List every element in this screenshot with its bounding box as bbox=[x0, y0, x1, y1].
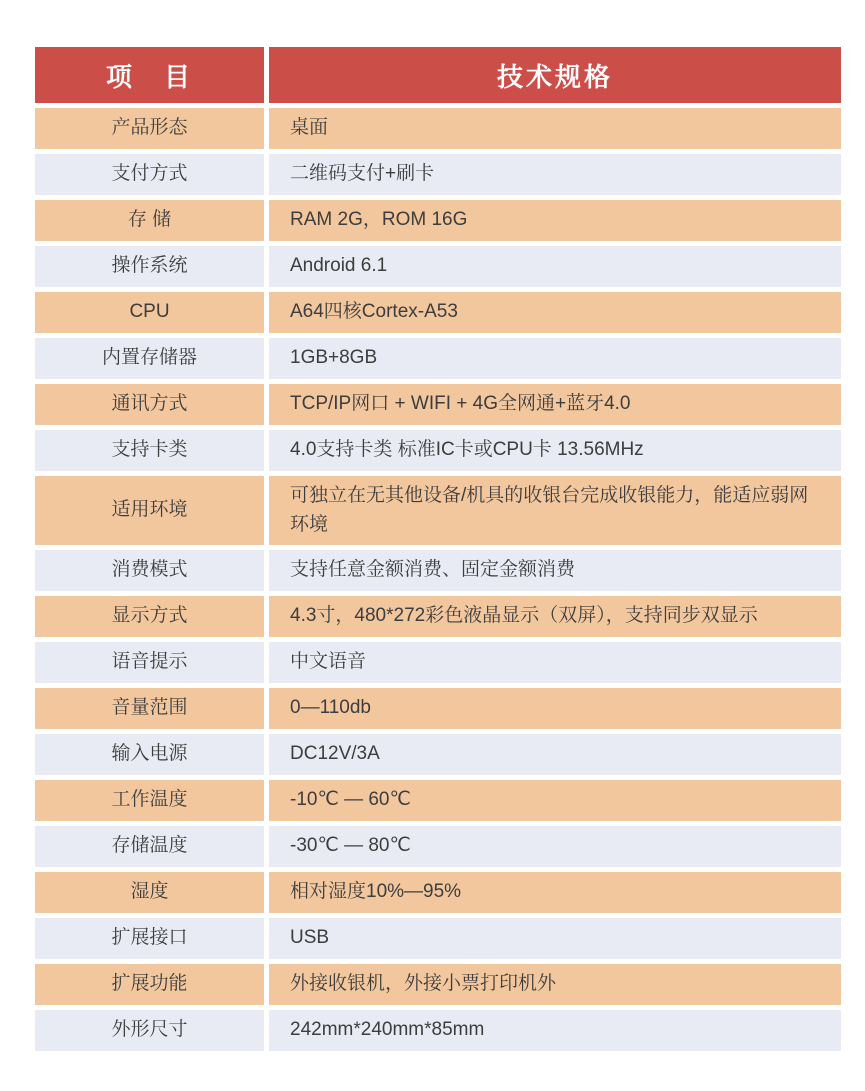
spec-row-value: 桌面 bbox=[269, 108, 841, 149]
spec-row-label: 工作温度 bbox=[35, 780, 264, 821]
spec-row-value: 4.3寸，480*272彩色液晶显示（双屏），支持同步双显示 bbox=[269, 596, 841, 637]
spec-row-value: 可独立在无其他设备/机具的收银台完成收银能力，能适应弱网环境 bbox=[269, 476, 841, 545]
spec-row-label: 存储温度 bbox=[35, 826, 264, 867]
spec-row: 扩展功能外接收银机，外接小票打印机外 bbox=[35, 964, 841, 1005]
table-body: 产品形态桌面支付方式二维码支付+刷卡存 储RAM 2G，ROM 16G操作系统A… bbox=[35, 108, 841, 1051]
spec-row-label: 支持卡类 bbox=[35, 430, 264, 471]
spec-row-label: 音量范围 bbox=[35, 688, 264, 729]
spec-row-label: 扩展接口 bbox=[35, 918, 264, 959]
spec-row: 扩展接口USB bbox=[35, 918, 841, 959]
spec-row-value: 4.0支持卡类 标准IC卡或CPU卡 13.56MHz bbox=[269, 430, 841, 471]
spec-row-label: 通讯方式 bbox=[35, 384, 264, 425]
spec-table: 项 目 技术规格 产品形态桌面支付方式二维码支付+刷卡存 储RAM 2G，ROM… bbox=[35, 47, 841, 1051]
spec-row-value: USB bbox=[269, 918, 841, 959]
spec-row-label: 消费模式 bbox=[35, 550, 264, 591]
spec-row-label: 扩展功能 bbox=[35, 964, 264, 1005]
spec-row: 音量范围0—110db bbox=[35, 688, 841, 729]
spec-row-value: 0—110db bbox=[269, 688, 841, 729]
spec-row-label: 外形尺寸 bbox=[35, 1010, 264, 1051]
spec-row-label: 适用环境 bbox=[35, 476, 264, 545]
spec-row: 通讯方式TCP/IP网口 + WIFI + 4G全网通+蓝牙4.0 bbox=[35, 384, 841, 425]
header-spec-column: 技术规格 bbox=[269, 47, 841, 103]
spec-row-label: 存 储 bbox=[35, 200, 264, 241]
spec-row: 存 储RAM 2G，ROM 16G bbox=[35, 200, 841, 241]
spec-row-value: Android 6.1 bbox=[269, 246, 841, 287]
spec-row-label: 内置存储器 bbox=[35, 338, 264, 379]
spec-row-label: 语音提示 bbox=[35, 642, 264, 683]
spec-row: 显示方式4.3寸，480*272彩色液晶显示（双屏），支持同步双显示 bbox=[35, 596, 841, 637]
spec-row: 内置存储器1GB+8GB bbox=[35, 338, 841, 379]
spec-row-value: 支持任意金额消费、固定金额消费 bbox=[269, 550, 841, 591]
spec-row-label: CPU bbox=[35, 292, 264, 333]
spec-row-value: 中文语音 bbox=[269, 642, 841, 683]
spec-row-label: 支付方式 bbox=[35, 154, 264, 195]
spec-row-value: -10℃ — 60℃ bbox=[269, 780, 841, 821]
spec-row-value: 242mm*240mm*85mm bbox=[269, 1010, 841, 1051]
spec-row-label: 输入电源 bbox=[35, 734, 264, 775]
spec-row: 外形尺寸242mm*240mm*85mm bbox=[35, 1010, 841, 1051]
spec-row: 支持卡类4.0支持卡类 标准IC卡或CPU卡 13.56MHz bbox=[35, 430, 841, 471]
spec-row-value: RAM 2G，ROM 16G bbox=[269, 200, 841, 241]
spec-row: 产品形态桌面 bbox=[35, 108, 841, 149]
spec-row: 消费模式支持任意金额消费、固定金额消费 bbox=[35, 550, 841, 591]
spec-row-label: 湿度 bbox=[35, 872, 264, 913]
spec-row-value: 外接收银机，外接小票打印机外 bbox=[269, 964, 841, 1005]
header-item-column: 项 目 bbox=[35, 47, 264, 103]
table-header-row: 项 目 技术规格 bbox=[35, 47, 841, 103]
spec-row: 适用环境可独立在无其他设备/机具的收银台完成收银能力，能适应弱网环境 bbox=[35, 476, 841, 545]
spec-row-label: 产品形态 bbox=[35, 108, 264, 149]
spec-row-value: -30℃ — 80℃ bbox=[269, 826, 841, 867]
spec-row: 工作温度-10℃ — 60℃ bbox=[35, 780, 841, 821]
spec-row: 支付方式二维码支付+刷卡 bbox=[35, 154, 841, 195]
spec-row-value: TCP/IP网口 + WIFI + 4G全网通+蓝牙4.0 bbox=[269, 384, 841, 425]
spec-row-value: 二维码支付+刷卡 bbox=[269, 154, 841, 195]
spec-row-label: 操作系统 bbox=[35, 246, 264, 287]
spec-row: 存储温度-30℃ — 80℃ bbox=[35, 826, 841, 867]
spec-row-value: 1GB+8GB bbox=[269, 338, 841, 379]
spec-row: 输入电源DC12V/3A bbox=[35, 734, 841, 775]
spec-row-value: DC12V/3A bbox=[269, 734, 841, 775]
spec-row-value: A64四核Cortex-A53 bbox=[269, 292, 841, 333]
spec-row: 操作系统Android 6.1 bbox=[35, 246, 841, 287]
spec-row: 语音提示中文语音 bbox=[35, 642, 841, 683]
spec-row: CPUA64四核Cortex-A53 bbox=[35, 292, 841, 333]
spec-row: 湿度相对湿度10%—95% bbox=[35, 872, 841, 913]
spec-row-value: 相对湿度10%—95% bbox=[269, 872, 841, 913]
spec-row-label: 显示方式 bbox=[35, 596, 264, 637]
